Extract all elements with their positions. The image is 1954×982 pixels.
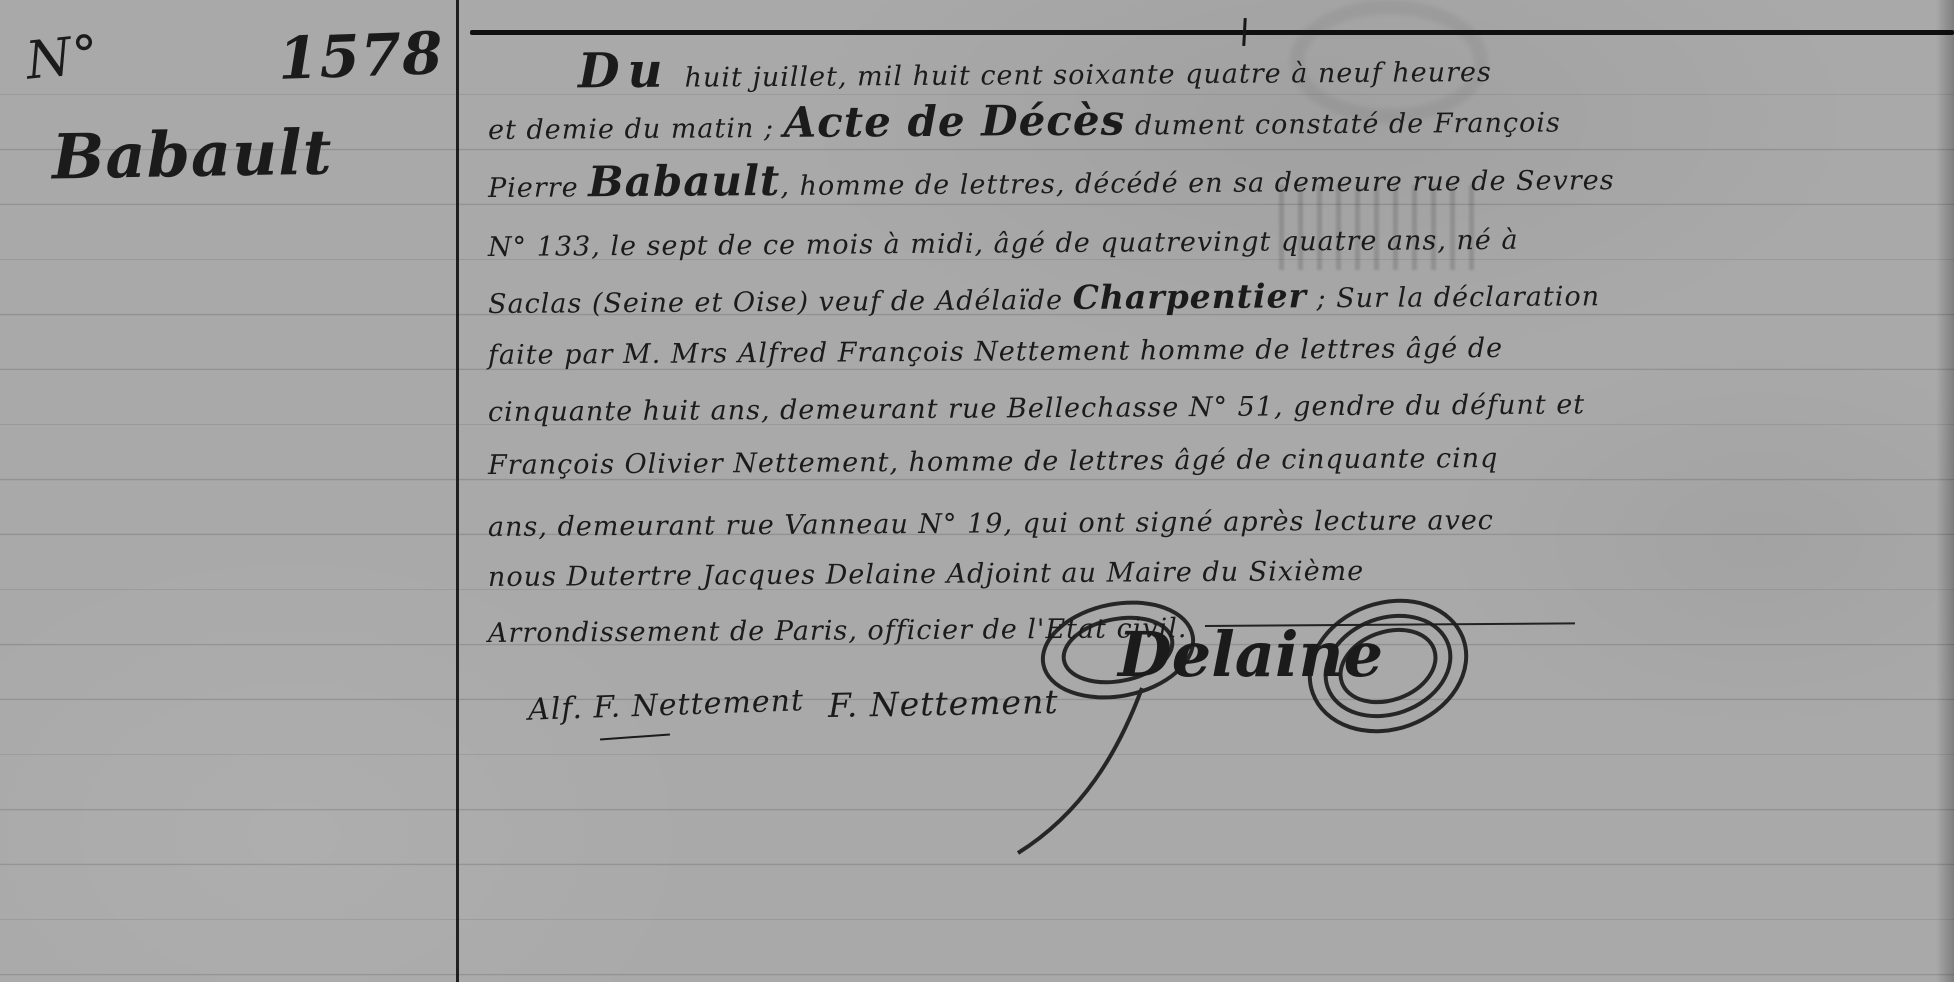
act-line: cinquante huit ans, demeurant rue Bellec… (488, 389, 1585, 428)
act-line: et demie du matin ; Acte de Décès dument… (488, 93, 1561, 149)
act-line: Saclas (Seine et Oise) veuf de Adélaïde … (488, 274, 1600, 321)
widow-surname: Charpentier (1072, 276, 1307, 317)
act-line: ans, demeurant rue Vanneau N° 19, qui on… (488, 505, 1494, 543)
act-line-initial: Du (578, 43, 671, 100)
official-signature-name: Delaine (1116, 618, 1383, 691)
scan-edge-shadow (1936, 0, 1954, 982)
act-number-label: N° (23, 24, 102, 91)
act-line: Pierre Babault, homme de lettres, décédé… (488, 150, 1615, 207)
margin-surname: Babault (51, 116, 333, 194)
act-line: Duhuit juillet, mil huit cent soixante q… (488, 37, 1492, 100)
official-signature: Delaine (1000, 588, 1580, 898)
deceased-surname: Babault (588, 156, 781, 206)
act-line: François Olivier Nettement, homme de let… (488, 443, 1499, 481)
register-page: { "page": { "background_color": "#a9a9a9… (0, 0, 1954, 982)
witness-signature-1: Alf. F. Nettement (527, 683, 804, 728)
act-top-rule (470, 30, 1954, 35)
act-number: 1578 (277, 19, 445, 93)
act-line: faite par M. Mrs Alfred François Netteme… (488, 333, 1503, 371)
act-type-heading: Acte de Décès (783, 96, 1125, 147)
witness-signature-1-underline (600, 734, 670, 741)
margin-divider-rule (456, 0, 459, 982)
